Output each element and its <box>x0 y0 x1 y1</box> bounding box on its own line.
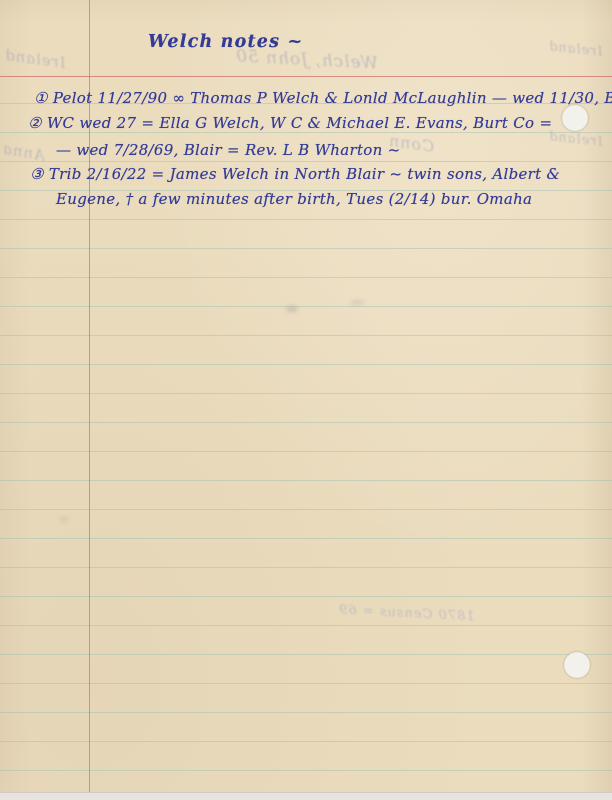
smudge-mark <box>286 306 298 312</box>
ghost-text: Ireland <box>3 46 67 72</box>
header-rule-line <box>0 76 612 77</box>
smudge-mark <box>350 300 364 305</box>
hole-punch-top <box>562 105 588 131</box>
hole-punch-bottom <box>564 652 590 678</box>
note-line: ② WC wed 27 = Ella G Welch, W C & Michae… <box>28 111 552 135</box>
scanner-edge <box>0 792 612 800</box>
note-line: ③ Trib 2/16/22 = James Welch in North Bl… <box>30 162 560 186</box>
ghost-text: Ireland <box>547 39 603 60</box>
page-title: Welch notes ~ <box>148 30 303 54</box>
note-line: — wed 7/28/69, Blair = Rev. L B Wharton … <box>56 138 401 162</box>
note-line: ① Pelot 11/27/90 ∞ Thomas P Welch & Lonl… <box>34 86 612 110</box>
scanned-notebook-page: Ireland Welch, John 50 Ireland Anna Conn… <box>0 0 612 800</box>
smudge-mark <box>60 517 68 522</box>
note-line: Eugene, † a few minutes after birth, Tue… <box>56 187 532 211</box>
